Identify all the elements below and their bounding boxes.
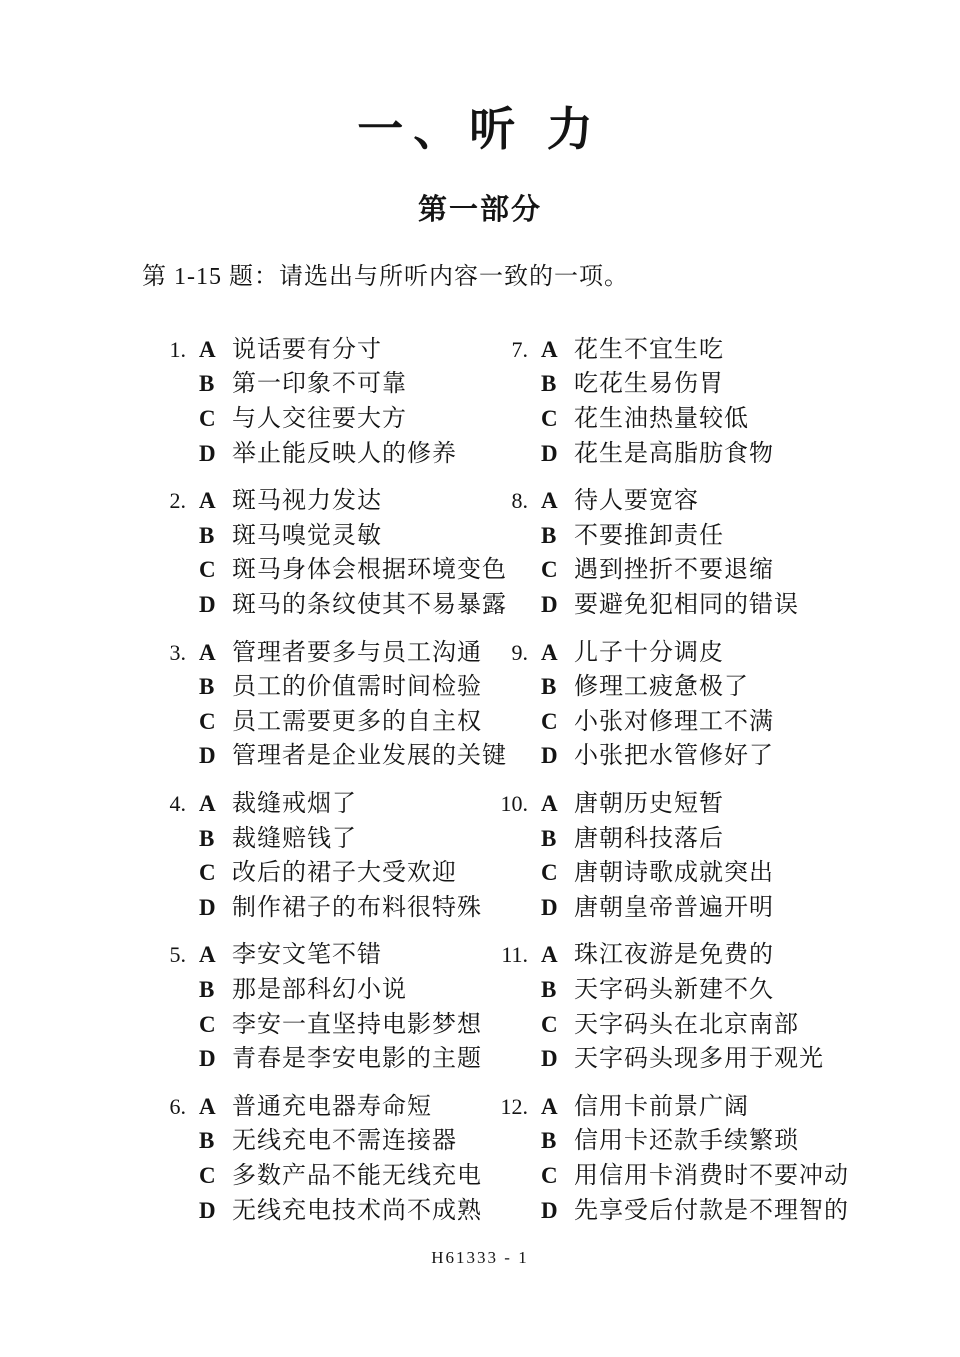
option-row: 9.A儿子十分调皮: [492, 636, 960, 671]
option-text: 多数产品不能无线充电: [232, 1159, 482, 1194]
option-text: 不要推卸责任: [574, 519, 724, 554]
option-label: C: [199, 402, 221, 437]
option-row: D制作裙子的布料很特殊: [150, 891, 492, 926]
option-row: D唐朝皇帝普遍开明: [492, 891, 960, 926]
option-label: D: [199, 588, 221, 623]
option-label: D: [199, 1042, 221, 1077]
option-label: B: [199, 367, 221, 402]
questions-column-left: 1.A说话要有分寸B第一印象不可靠C与人交往要大方D举止能反映人的修养2.A斑马…: [150, 333, 492, 1241]
questions-column-right: 7.A花生不宜生吃B吃花生易伤胃C花生油热量较低D花生是高脂肪食物8.A待人要宽…: [492, 333, 960, 1241]
option-row: 12.A信用卡前景广阔: [492, 1090, 960, 1125]
option-label: A: [199, 484, 221, 519]
option-row: D要避免犯相同的错误: [492, 588, 960, 623]
option-label: D: [199, 739, 221, 774]
question-block: 7.A花生不宜生吃B吃花生易伤胃C花生油热量较低D花生是高脂肪食物: [492, 333, 960, 471]
option-label: A: [199, 636, 221, 671]
option-row: D天字码头现多用于观光: [492, 1042, 960, 1077]
option-row: 3.A管理者要多与员工沟通: [150, 636, 492, 671]
option-row: D举止能反映人的修养: [150, 437, 492, 472]
option-row: B第一印象不可靠: [150, 367, 492, 402]
option-label: B: [199, 519, 221, 554]
option-text: 遇到挫折不要退缩: [574, 553, 774, 588]
page-title: 一、听 力: [0, 0, 960, 157]
option-text: 唐朝科技落后: [574, 822, 724, 857]
option-text: 员工的价值需时间检验: [232, 670, 482, 705]
question-number: 12.: [492, 1090, 528, 1125]
option-label: B: [199, 1124, 221, 1159]
option-label: C: [199, 1008, 221, 1043]
option-label: B: [541, 1124, 563, 1159]
option-text: 用信用卡消费时不要冲动: [574, 1159, 849, 1194]
option-row: 10.A唐朝历史短暂: [492, 787, 960, 822]
option-label: C: [199, 553, 221, 588]
question-number: 4.: [150, 787, 186, 822]
option-row: B那是部科幻小说: [150, 973, 492, 1008]
option-row: C多数产品不能无线充电: [150, 1159, 492, 1194]
option-text: 斑马视力发达: [232, 484, 382, 519]
option-text: 天字码头在北京南部: [574, 1008, 799, 1043]
question-block: 9.A儿子十分调皮B修理工疲惫极了C小张对修理工不满D小张把水管修好了: [492, 636, 960, 774]
question-block: 12.A信用卡前景广阔B信用卡还款手续繁琐C用信用卡消费时不要冲动D先享受后付款…: [492, 1090, 960, 1228]
option-text: 儿子十分调皮: [574, 636, 724, 671]
option-label: D: [199, 1194, 221, 1229]
option-row: C小张对修理工不满: [492, 705, 960, 740]
option-label: D: [541, 1042, 563, 1077]
option-row: 7.A花生不宜生吃: [492, 333, 960, 368]
option-text: 李安文笔不错: [232, 938, 382, 973]
option-label: C: [541, 705, 563, 740]
option-text: 普通充电器寿命短: [232, 1090, 432, 1125]
section-title: 第一部分: [0, 187, 960, 228]
option-row: B裁缝赔钱了: [150, 822, 492, 857]
option-label: A: [541, 484, 563, 519]
option-row: C改后的裙子大受欢迎: [150, 856, 492, 891]
option-label: C: [199, 705, 221, 740]
option-row: D斑马的条纹使其不易暴露: [150, 588, 492, 623]
option-label: A: [199, 1090, 221, 1125]
option-row: C李安一直坚持电影梦想: [150, 1008, 492, 1043]
option-label: B: [541, 822, 563, 857]
question-number: 9.: [492, 636, 528, 671]
question-number: 10.: [492, 787, 528, 822]
option-text: 信用卡前景广阔: [574, 1090, 749, 1125]
option-text: 斑马嗅觉灵敏: [232, 519, 382, 554]
option-label: C: [541, 1159, 563, 1194]
option-label: A: [541, 787, 563, 822]
option-row: C员工需要更多的自主权: [150, 705, 492, 740]
option-row: C唐朝诗歌成就突出: [492, 856, 960, 891]
questions-columns: 1.A说话要有分寸B第一印象不可靠C与人交往要大方D举止能反映人的修养2.A斑马…: [150, 333, 960, 1241]
exam-page: 一、听 力 第一部分 第 1-15 题：请选出与所听内容一致的一项。 1.A说话…: [0, 0, 960, 1357]
question-block: 3.A管理者要多与员工沟通B员工的价值需时间检验C员工需要更多的自主权D管理者是…: [150, 636, 492, 774]
option-row: C遇到挫折不要退缩: [492, 553, 960, 588]
option-text: 第一印象不可靠: [232, 367, 407, 402]
option-label: B: [199, 670, 221, 705]
question-block: 6.A普通充电器寿命短B无线充电不需连接器C多数产品不能无线充电D无线充电技术尚…: [150, 1090, 492, 1228]
option-label: D: [541, 739, 563, 774]
option-text: 裁缝戒烟了: [232, 787, 357, 822]
option-text: 天字码头现多用于观光: [574, 1042, 824, 1077]
option-label: D: [199, 891, 221, 926]
question-number: 6.: [150, 1090, 186, 1125]
option-text: 天字码头新建不久: [574, 973, 774, 1008]
option-text: 管理者要多与员工沟通: [232, 636, 482, 671]
option-row: C斑马身体会根据环境变色: [150, 553, 492, 588]
question-number: 5.: [150, 938, 186, 973]
option-text: 吃花生易伤胃: [574, 367, 724, 402]
option-label: B: [541, 973, 563, 1008]
option-row: B无线充电不需连接器: [150, 1124, 492, 1159]
option-text: 无线充电不需连接器: [232, 1124, 457, 1159]
question-block: 11.A珠江夜游是免费的B天字码头新建不久C天字码头在北京南部D天字码头现多用于…: [492, 938, 960, 1076]
question-number: 1.: [150, 333, 186, 368]
option-row: D花生是高脂肪食物: [492, 437, 960, 472]
option-text: 要避免犯相同的错误: [574, 588, 799, 623]
page-footer: H61333 - 1: [0, 1248, 960, 1268]
option-row: B不要推卸责任: [492, 519, 960, 554]
option-text: 先享受后付款是不理智的: [574, 1194, 849, 1229]
option-row: B修理工疲惫极了: [492, 670, 960, 705]
option-text: 珠江夜游是免费的: [574, 938, 774, 973]
option-row: 8.A待人要宽容: [492, 484, 960, 519]
option-text: 斑马身体会根据环境变色: [232, 553, 507, 588]
option-text: 小张把水管修好了: [574, 739, 774, 774]
question-block: 4.A裁缝戒烟了B裁缝赔钱了C改后的裙子大受欢迎D制作裙子的布料很特殊: [150, 787, 492, 925]
option-text: 唐朝诗歌成就突出: [574, 856, 774, 891]
option-text: 改后的裙子大受欢迎: [232, 856, 457, 891]
option-text: 青春是李安电影的主题: [232, 1042, 482, 1077]
question-block: 1.A说话要有分寸B第一印象不可靠C与人交往要大方D举止能反映人的修养: [150, 333, 492, 471]
option-row: B斑马嗅觉灵敏: [150, 519, 492, 554]
option-row: C花生油热量较低: [492, 402, 960, 437]
question-number: 7.: [492, 333, 528, 368]
option-row: B信用卡还款手续繁琐: [492, 1124, 960, 1159]
option-label: D: [541, 1194, 563, 1229]
option-text: 花生是高脂肪食物: [574, 437, 774, 472]
question-number: 11.: [492, 938, 528, 973]
option-label: A: [199, 333, 221, 368]
option-text: 与人交往要大方: [232, 402, 407, 437]
option-label: A: [541, 938, 563, 973]
question-block: 2.A斑马视力发达B斑马嗅觉灵敏C斑马身体会根据环境变色D斑马的条纹使其不易暴露: [150, 484, 492, 622]
question-number: 8.: [492, 484, 528, 519]
option-label: B: [199, 822, 221, 857]
option-label: A: [541, 333, 563, 368]
option-label: C: [541, 402, 563, 437]
option-label: D: [541, 891, 563, 926]
option-row: C与人交往要大方: [150, 402, 492, 437]
option-label: A: [541, 636, 563, 671]
option-label: D: [541, 437, 563, 472]
option-row: B员工的价值需时间检验: [150, 670, 492, 705]
option-label: C: [199, 1159, 221, 1194]
option-text: 信用卡还款手续繁琐: [574, 1124, 799, 1159]
option-label: A: [199, 938, 221, 973]
option-row: D青春是李安电影的主题: [150, 1042, 492, 1077]
option-row: C天字码头在北京南部: [492, 1008, 960, 1043]
option-text: 唐朝皇帝普遍开明: [574, 891, 774, 926]
option-text: 花生油热量较低: [574, 402, 749, 437]
option-label: C: [541, 553, 563, 588]
option-row: B唐朝科技落后: [492, 822, 960, 857]
option-row: 1.A说话要有分寸: [150, 333, 492, 368]
option-label: B: [541, 670, 563, 705]
option-label: C: [541, 1008, 563, 1043]
question-block: 8.A待人要宽容B不要推卸责任C遇到挫折不要退缩D要避免犯相同的错误: [492, 484, 960, 622]
option-row: B吃花生易伤胃: [492, 367, 960, 402]
option-text: 举止能反映人的修养: [232, 437, 457, 472]
option-row: B天字码头新建不久: [492, 973, 960, 1008]
option-label: A: [199, 787, 221, 822]
question-block: 10.A唐朝历史短暂B唐朝科技落后C唐朝诗歌成就突出D唐朝皇帝普遍开明: [492, 787, 960, 925]
option-row: D无线充电技术尚不成熟: [150, 1194, 492, 1229]
question-block: 5.A李安文笔不错B那是部科幻小说C李安一直坚持电影梦想D青春是李安电影的主题: [150, 938, 492, 1076]
option-label: B: [541, 367, 563, 402]
question-number: 2.: [150, 484, 186, 519]
option-label: B: [199, 973, 221, 1008]
option-row: D小张把水管修好了: [492, 739, 960, 774]
option-text: 斑马的条纹使其不易暴露: [232, 588, 507, 623]
option-label: C: [199, 856, 221, 891]
option-text: 无线充电技术尚不成熟: [232, 1194, 482, 1229]
option-text: 唐朝历史短暂: [574, 787, 724, 822]
option-text: 修理工疲惫极了: [574, 670, 749, 705]
option-text: 那是部科幻小说: [232, 973, 407, 1008]
question-number: 3.: [150, 636, 186, 671]
instructions-text: 第 1-15 题：请选出与所听内容一致的一项。: [142, 256, 960, 291]
option-text: 制作裙子的布料很特殊: [232, 891, 482, 926]
option-label: A: [541, 1090, 563, 1125]
option-row: D管理者是企业发展的关键: [150, 739, 492, 774]
option-text: 说话要有分寸: [232, 333, 382, 368]
option-row: 5.A李安文笔不错: [150, 938, 492, 973]
option-row: C用信用卡消费时不要冲动: [492, 1159, 960, 1194]
option-label: C: [541, 856, 563, 891]
option-row: 6.A普通充电器寿命短: [150, 1090, 492, 1125]
option-row: D先享受后付款是不理智的: [492, 1194, 960, 1229]
option-label: B: [541, 519, 563, 554]
option-row: 2.A斑马视力发达: [150, 484, 492, 519]
option-text: 员工需要更多的自主权: [232, 705, 482, 740]
option-text: 裁缝赔钱了: [232, 822, 357, 857]
option-label: D: [541, 588, 563, 623]
option-row: 11.A珠江夜游是免费的: [492, 938, 960, 973]
option-text: 小张对修理工不满: [574, 705, 774, 740]
option-label: D: [199, 437, 221, 472]
option-row: 4.A裁缝戒烟了: [150, 787, 492, 822]
option-text: 花生不宜生吃: [574, 333, 724, 368]
option-text: 管理者是企业发展的关键: [232, 739, 507, 774]
option-text: 待人要宽容: [574, 484, 699, 519]
option-text: 李安一直坚持电影梦想: [232, 1008, 482, 1043]
